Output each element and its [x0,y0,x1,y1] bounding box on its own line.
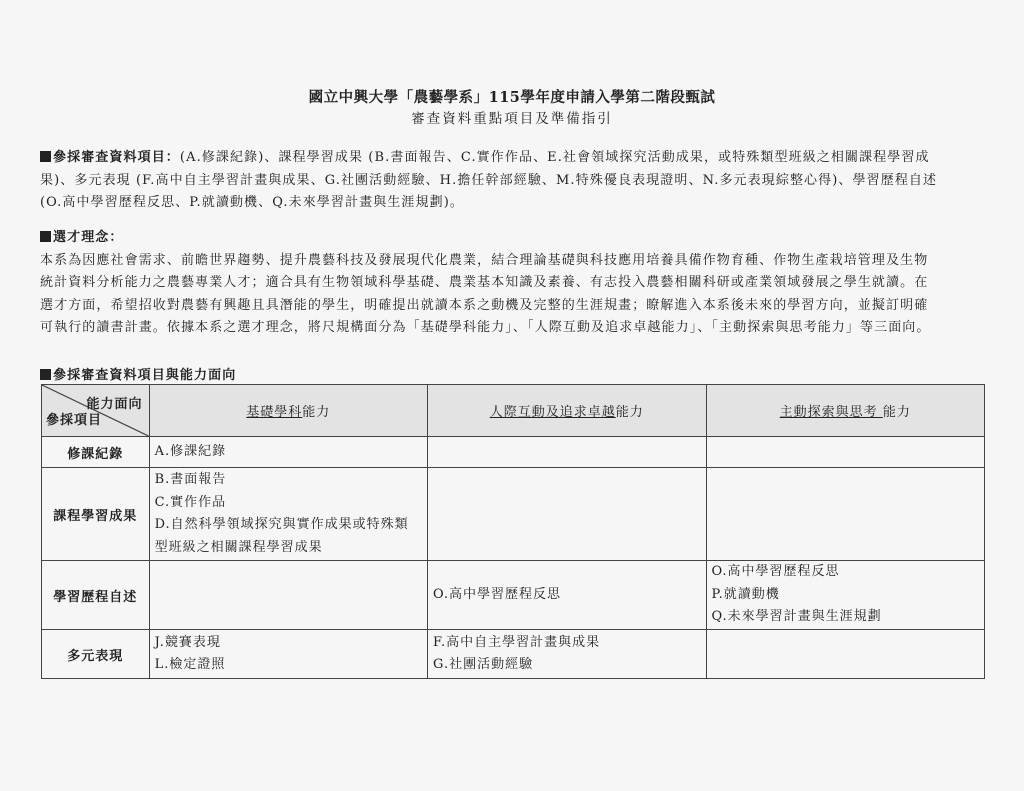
table-cell [706,437,985,468]
cell-item: P.就讀動機 [712,584,980,607]
cell-item: J.競賽表現 [155,632,422,655]
cell-item: L.檢定證照 [155,654,422,677]
materials-line: (A.修課紀錄)、課程學習成果 (B.書面報告、C.實作作品、E.社會領域探究活… [180,150,930,165]
table-cell: B.書面報告C.實作作品D.自然科學領域探究與實作成果或特殊類型班級之相關課程學… [149,468,427,561]
cell-item: Q.未來學習計畫與生涯規劃 [712,606,980,629]
table-cell: F.高中自主學習計畫與成果G.社團活動經驗 [428,630,706,679]
materials-heading: 參採審查資料項目： [53,150,180,165]
table-row: 多元表現J.競賽表現L.檢定證照F.高中自主學習計畫與成果G.社團活動經驗 [42,630,985,679]
cell-item: D.自然科學領域探究與實作成果或特殊類 [155,514,422,537]
cell-item: F.高中自主學習計畫與成果 [433,632,700,655]
cell-item: C.實作作品 [155,492,422,515]
table-row: 修課紀錄A.修課紀錄 [42,437,985,468]
square-bullet-icon [40,231,51,242]
materials-section: 參採審查資料項目：(A.修課紀錄)、課程學習成果 (B.書面報告、C.實作作品、… [40,147,980,215]
materials-line: 果)、多元表現 (F.高中自主學習計畫與成果、G.社團活動經驗、H.擔任幹部經驗… [40,170,980,193]
table-cell: O.高中學習歷程反思P.就讀動機Q.未來學習計畫與生涯規劃 [706,561,985,630]
philosophy-heading: 選才理念： [53,230,124,245]
ability-matrix-table: 能力面向 參採項目 基礎學科能力 人際互動及追求卓越能力 主動探索與思考 能力 … [41,384,985,679]
document-subtitle: 審查資料重點項目及準備指引 [0,107,1024,127]
table-cell: A.修課紀錄 [149,437,427,468]
square-bullet-icon [40,369,51,380]
philosophy-line: 統計資料分析能力之農藝專業人才；適合具有生物領域科學基礎、農業基本知識及素養、有… [40,272,980,295]
column-header-interpersonal: 人際互動及追求卓越能力 [428,385,706,437]
table-corner-header: 能力面向 參採項目 [42,385,150,437]
table-cell [706,468,985,561]
scanned-document-page: 國立中興大學「農藝學系」115學年度申請入學第二階段甄試 審查資料重點項目及準備… [0,0,1024,791]
row-header: 課程學習成果 [42,468,150,561]
table-cell [149,561,427,630]
table-row: 課程學習成果B.書面報告C.實作作品D.自然科學領域探究與實作成果或特殊類型班級… [42,468,985,561]
row-header: 修課紀錄 [42,437,150,468]
cell-item: 型班級之相關課程學習成果 [155,537,422,560]
column-header-basic-academic: 基礎學科能力 [149,385,427,437]
table-row: 學習歷程自述O.高中學習歷程反思O.高中學習歷程反思P.就讀動機Q.未來學習計畫… [42,561,985,630]
table-cell [428,468,706,561]
row-header: 學習歷程自述 [42,561,150,630]
document-title: 國立中興大學「農藝學系」115學年度申請入學第二階段甄試 [0,86,1024,107]
philosophy-line: 選才方面，希望招收對農藝有興趣且具潛能的學生，明確提出就讀本系之動機及完整的生涯… [40,295,980,318]
cell-item: O.高中學習歷程反思 [712,561,980,584]
philosophy-line: 本系為因應社會需求、前瞻世界趨勢、提升農藝科技及發展現代化農業，結合理論基礎與科… [40,250,980,273]
materials-line: (O.高中學習歷程反思、P.就讀動機、Q.未來學習計畫與生涯規劃)。 [40,192,980,215]
square-bullet-icon [40,151,51,162]
table-cell [428,437,706,468]
table-cell: J.競賽表現L.檢定證照 [149,630,427,679]
philosophy-line: 可執行的讀書計畫。依據本系之選才理念，將尺規構面分為「基礎學科能力」、「人際互動… [40,317,980,340]
cell-item: G.社團活動經驗 [433,654,700,677]
cell-item: B.書面報告 [155,469,422,492]
philosophy-section: 選才理念： 本系為因應社會需求、前瞻世界趨勢、提升農藝科技及發展現代化農業，結合… [40,227,980,340]
table-cell: O.高中學習歷程反思 [428,561,706,630]
row-header: 多元表現 [42,630,150,679]
column-header-exploration: 主動探索與思考 能力 [706,385,985,437]
cell-item: A.修課紀錄 [155,441,422,464]
cell-item: O.高中學習歷程反思 [433,584,700,607]
table-cell [706,630,985,679]
